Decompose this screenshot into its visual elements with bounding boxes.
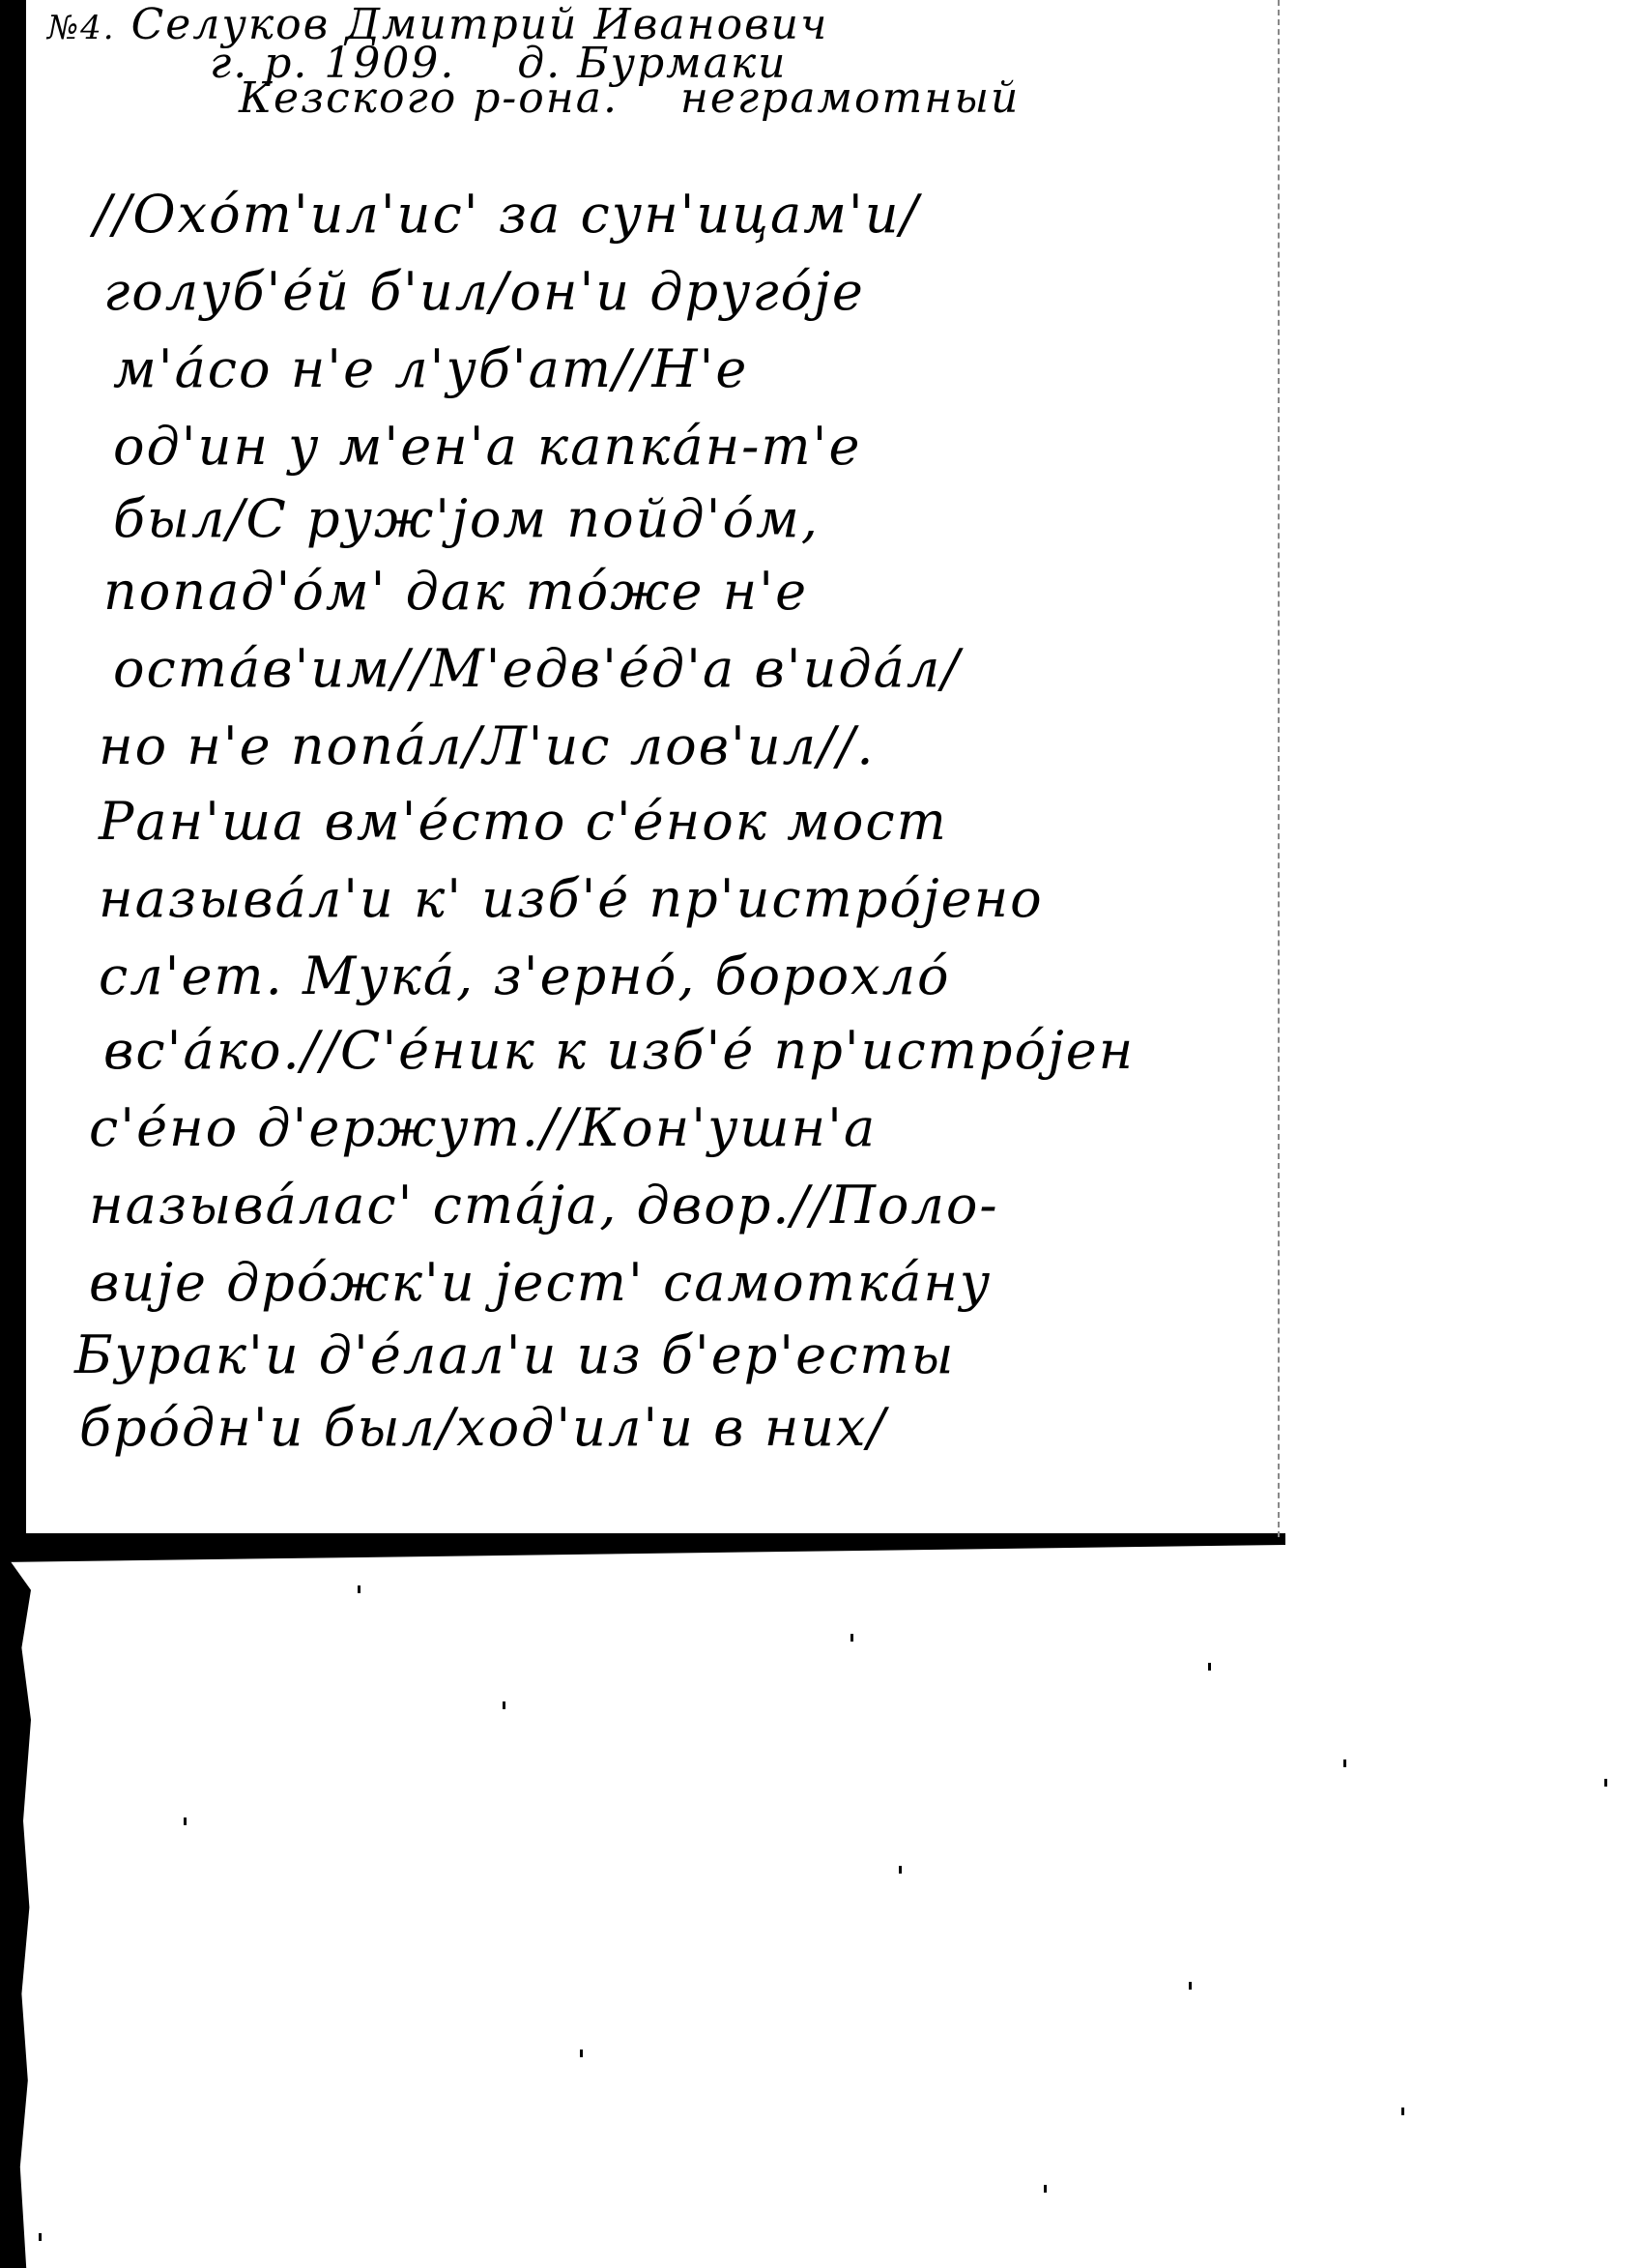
scan-speck bbox=[1604, 1779, 1607, 1787]
scan-speck bbox=[1208, 1663, 1211, 1671]
scan-speck bbox=[580, 2050, 583, 2057]
literacy: неграмотный bbox=[680, 73, 1021, 123]
scan-speck bbox=[1044, 2185, 1047, 2193]
scan-speck bbox=[850, 1634, 853, 1642]
body-line-4: од'ин у м'ен'а капкáн-т'е bbox=[113, 416, 861, 477]
body-line-3: м'áсо н'е л'уб'ат//Н'е bbox=[113, 338, 748, 399]
card-number: №4. bbox=[47, 9, 116, 47]
body-line-16: Бурак'и д'éлал'и из б'ер'есты bbox=[74, 1324, 956, 1385]
scan-border-left bbox=[0, 0, 26, 1547]
body-line-8: но н'е попáл/Л'ис лов'ил//. bbox=[99, 715, 876, 776]
body-line-7: остáв'им//М'едв'éд'а в'идáл/ bbox=[113, 638, 961, 699]
card-right-edge bbox=[1278, 0, 1280, 1537]
body-line-5: был/С руж'јом пойд'óм, bbox=[113, 488, 820, 549]
district: Кезского р-она. bbox=[239, 73, 619, 123]
body-line-17: брóдн'и был/ход'ил'и в них/ bbox=[79, 1397, 887, 1458]
body-line-13: с'éно д'ержут.//Кон'ушн'а bbox=[89, 1097, 877, 1158]
scan-card-bottom-edge bbox=[0, 1533, 1285, 1562]
scan-speck bbox=[39, 2233, 42, 2241]
body-line-1: //Охóт'ил'ис' за сун'ицам'и/ bbox=[94, 184, 920, 245]
scan-speck bbox=[503, 1701, 505, 1709]
scan-speck bbox=[184, 1817, 187, 1825]
body-line-10: назывáл'и к' изб'é пр'истрóјено bbox=[99, 868, 1044, 929]
body-line-2: голуб'éй б'ил/он'и другóје bbox=[103, 261, 865, 322]
body-line-6: попад'óм' дак тóже н'е bbox=[103, 561, 808, 622]
scan-speck bbox=[1401, 2108, 1404, 2115]
scan-speck bbox=[899, 1866, 902, 1874]
scan-speck bbox=[358, 1585, 360, 1593]
body-line-11: сл'ет. Мукá, з'ернó, борохлó bbox=[99, 945, 950, 1006]
body-line-14: назывáлас' стáја, двор.//Поло- bbox=[89, 1175, 999, 1236]
scan-border-left-lower bbox=[0, 1547, 31, 2268]
transcription-card: №4. Селуков Дмитрий Иванович г. р. 1909.… bbox=[26, 0, 1278, 1533]
body-line-12: вс'áко.//С'éник к изб'é пр'истрóјен bbox=[103, 1020, 1135, 1081]
body-line-15: вије дрóжк'и јест' самоткáну bbox=[89, 1252, 992, 1313]
header-line-3: Кезского р-она. неграмотный bbox=[239, 73, 1020, 123]
scan-speck bbox=[1343, 1759, 1346, 1767]
body-line-9: Ран'ша вм'éсто с'éнок мост bbox=[99, 791, 948, 852]
scan-speck bbox=[1189, 1982, 1192, 1990]
